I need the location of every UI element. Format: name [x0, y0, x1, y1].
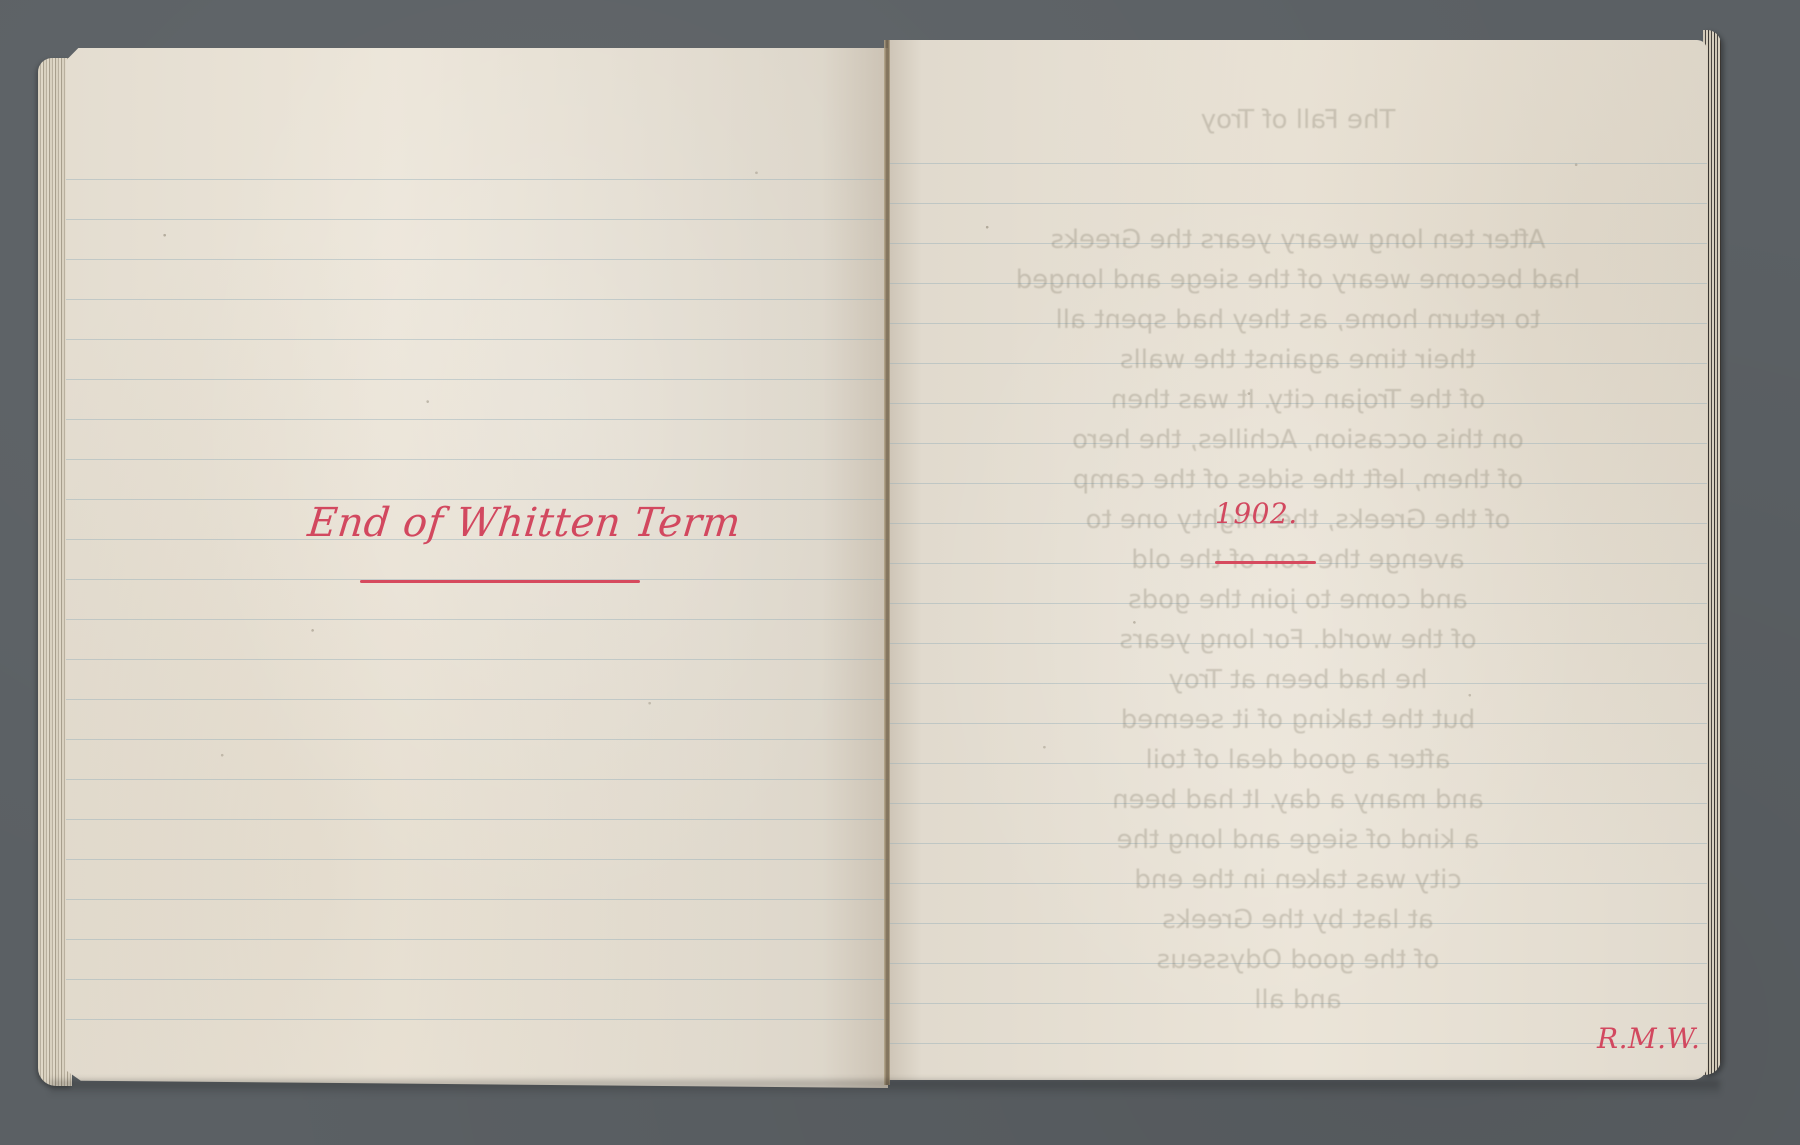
year-underline [1215, 561, 1316, 564]
paper-specks [889, 40, 1707, 1080]
right-page: The Fall of Troy After ten long weary ye… [889, 40, 1707, 1080]
book-gutter [884, 40, 890, 1085]
book-shadow [50, 1080, 1720, 1096]
paper-specks [66, 48, 888, 1088]
author-initials: R.M.W. [1597, 1022, 1700, 1055]
left-page-heading: End of Whitten Term [306, 500, 743, 546]
notebook-scene: End of Whitten Term The Fall of Troy Aft… [0, 0, 1800, 1145]
left-page: End of Whitten Term [66, 48, 888, 1088]
year-label: 1902. [1215, 497, 1298, 530]
heading-underline [360, 580, 640, 583]
